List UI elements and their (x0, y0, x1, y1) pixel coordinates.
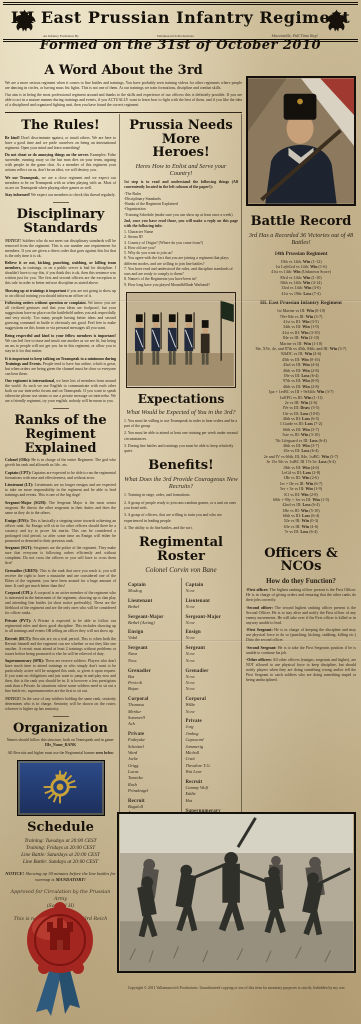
masthead: III East Prussian Infantry Regiment An I… (3, 2, 358, 42)
roster-entry: Noss (128, 658, 177, 664)
middle-column: Prussia Needs More Heroes! Heres How to … (124, 114, 238, 845)
benefit-item: 3. A group of officers, that are willing… (124, 513, 238, 524)
section-ornament (53, 716, 69, 717)
charge-engraving-image (117, 812, 356, 973)
section-ornament (53, 202, 69, 203)
roster-entry: None (186, 686, 235, 692)
about-paragraph: Our aim is in being the most professiona… (5, 93, 242, 108)
prussian-eagle-icon (324, 8, 349, 33)
regimental-flag-image (17, 760, 105, 816)
ranks-title: Ranks of the Regiment Explained (5, 414, 116, 455)
schedule-line: Line Battle: Saturdays at 20:00 CEST (5, 852, 116, 859)
rule-item: We use Teamspeak, we are a close regimen… (5, 176, 116, 191)
expectation-item: 1. You must be willing to use Teamspeak … (124, 419, 238, 430)
rank-item: Sergeant-Major (SGM): The Sergeant Major… (5, 501, 116, 516)
battle-list-iii: 1st Marine vs III: Win (0-10)78e+84e vs … (246, 308, 356, 534)
rank-item: Sergeant (SGT): Sergeants are the police… (5, 546, 116, 566)
disciplinary-notice: NOTICE! Soldiers who do not meet our dis… (5, 239, 116, 259)
battle-entry: 7e vs III: Loss (6-4) (246, 529, 356, 534)
roster-entry: Ach (128, 721, 177, 727)
roster-colonel: Colonel Corvin von Bane (124, 566, 238, 574)
left-column: The Rules! Be kind! Don't discriminate a… (5, 114, 116, 923)
rank-item: Private (PVT): A Private is expected to … (5, 619, 116, 634)
roster-entry: Hat (186, 798, 235, 804)
roster-entry: Prinzknigel (128, 788, 177, 794)
founding-banner: Formed on the 31st of October 2010 (0, 39, 361, 53)
roster-entry: Bojan (128, 686, 177, 692)
disciplinary-item: Believe it or not, kicking, punching, st… (5, 261, 116, 286)
paper-crease (0, 300, 361, 302)
roster-entry: Moskog (128, 588, 177, 594)
about-title: A Word About the 3rd (5, 64, 242, 78)
enlist-question-item: 7. You have read and understood the rule… (124, 267, 238, 278)
officers-title: Officers & (246, 547, 356, 561)
enlist-step2-intro: 2nd, once you have read those, you will … (124, 219, 238, 229)
rank-item: Ensign (ENS): This is basically a steppi… (5, 519, 116, 544)
schedule-line: Training: Fridays at 20:00 CEST (5, 845, 116, 852)
disciplinary-item: Showing up at trainings is important if … (5, 289, 116, 299)
expectations-title: Expectations (124, 393, 238, 406)
rank-item: Lieutenant (LT): Lieutenants are no long… (5, 483, 116, 498)
roster-columns: CaptainMoskogLieutenantBethelSergeant-Ma… (124, 578, 238, 845)
roster-entry: None (186, 604, 235, 610)
enlist-step1-item: -Training Schedule (make sure you can sh… (124, 213, 238, 218)
battle-section-14th: 14th Prussian Regiment (246, 251, 356, 257)
rank-item: Colonel (OBs): He is in charge of the en… (5, 458, 116, 468)
expectation-item: 2. You must be able to attend at least o… (124, 431, 238, 442)
schedule-notice: NOTICE! Showing up 30 minutes before the… (5, 871, 116, 883)
benefits-title: Benefits! (124, 459, 238, 473)
disciplinary-item: It is important to keep talking on Teams… (5, 357, 116, 377)
disciplinary-item: Following orders without question or com… (5, 301, 116, 331)
rule-item: Do not cheat or do annoying things on th… (5, 153, 116, 173)
expectation-item: 3. During line battles and trainings you… (124, 444, 238, 455)
officers-title-2: NCOs (246, 560, 356, 574)
rank-item: Captain (CPT): Captains are expected to … (5, 471, 116, 481)
section-ornament (53, 408, 69, 409)
rank-item: Grenadier (GREN): This is the rank that … (5, 569, 116, 589)
roster-entry: None (186, 709, 235, 715)
rules-title: The Rules! (5, 119, 116, 133)
enlist-step1-intro: 1st step is to read and understand the f… (124, 180, 238, 190)
rule-item: Stay informed! We expect our members to … (5, 193, 116, 198)
about-paragraph: We are a more serious regiment when it c… (5, 81, 242, 91)
roster-column-left: CaptainMoskogLieutenantBethelSergeant-Ma… (124, 578, 181, 845)
schedule-line: Training: Tuesdays at 20:00 CEST (5, 838, 116, 845)
officer-role-item: -First officer: The highest ranking offi… (246, 588, 356, 603)
roster-entry: Bethel (128, 604, 177, 610)
heroes-subtitle: Heres How to Enlist and Serve your Count… (124, 163, 238, 177)
roster-title: Regimental Roster (124, 536, 238, 563)
wax-seal-image (20, 898, 100, 1018)
benefit-item: 4. The ability to do line battles, and t… (124, 526, 238, 531)
column-divider (241, 114, 242, 812)
recruitment-poster: III East Prussian Infantry Regiment An I… (0, 0, 361, 1024)
rank-item: Supernumerary (SPR): These are reserve s… (5, 659, 116, 694)
roster-entry: Wai Leur (186, 769, 235, 775)
roster-column-right: CaptainNoneLieutenantNoneSergeant-MajorN… (181, 578, 239, 845)
enlist-step1-list: -The Rules-Disciplinary Standards-Ranks … (124, 192, 238, 218)
soldier-portrait-image (246, 76, 356, 206)
benefits-list: 1. Training in siege, order, and formati… (124, 493, 238, 531)
heroes-title: Prussia Needs More (124, 119, 238, 146)
regiment-title: III East Prussian Infantry Regiment (3, 8, 358, 27)
roster-entry: Bethel (Acting) (128, 620, 177, 626)
paper-crease (0, 640, 361, 642)
battle-record-subtitle: 3rd Has a Recorded 36 Victories out of 4… (246, 232, 356, 247)
ranks-notice: NOTICE! In the case of any soldiers hold… (5, 697, 116, 712)
horizontal-rule (5, 112, 242, 113)
roster-entry: None (186, 588, 235, 594)
disciplinary-item: Our regiment is international, we have l… (5, 379, 116, 404)
right-column: Battle Record 3rd Has a Recorded 36 Vict… (246, 210, 356, 686)
roster-entry: None (186, 620, 235, 626)
schedule-line: Line Battle: Sundays at 20:00 CEST (5, 859, 116, 866)
expectations-subtitle: What Would be Expected of You in the 3rd… (124, 409, 238, 416)
ranks-list: Colonel (OBs): He is in charge of the en… (5, 458, 116, 694)
rules-list: Be kind! Don't discriminate against, or … (5, 136, 116, 199)
battle-record-title: Battle Record (246, 215, 356, 229)
officer-role-item: -Other officers: All other officers (ens… (246, 658, 356, 683)
column-divider (119, 114, 120, 812)
heroes-title-2: Heroes! (124, 146, 238, 160)
schedule-list: Training: Tuesdays at 20:00 CESTTraining… (5, 838, 116, 866)
benefits-subtitle: What Does the 3rd Provide Courageous New… (124, 476, 238, 490)
expectations-list: 1. You must be willing to use Teamspeak … (124, 419, 238, 455)
enlist-question-item: 6. You agree with the fact that you are … (124, 256, 238, 267)
enlist-step2-list: 1. Character Name2. Steam ID3. Country o… (124, 230, 238, 288)
battle-list-14th: 19th vs 14th: Win (1-12)1st LejbGrd vs 1… (246, 259, 356, 297)
benefit-item: 2. A group of people ready to join onto … (124, 501, 238, 512)
disciplinary-title: Disciplinary Standards (5, 208, 116, 235)
organization-banner-rule: All Recruits and higher must use the Reg… (5, 751, 116, 756)
organization-naming-rule: Names should follow this structure, both… (5, 738, 116, 748)
benefit-item: 1. Training in siege, order, and formati… (124, 493, 238, 498)
schedule-title: Schedule (5, 821, 116, 835)
officer-role-item: -Second officer: The second highest rank… (246, 606, 356, 626)
rule-item: Be kind! Don't discriminate against, or … (5, 136, 116, 151)
copyright-line: Copyright © 2011 Vallamasovich Productio… (117, 986, 356, 990)
roster-entry: None (186, 658, 235, 664)
disciplinary-list: Believe it or not, kicking, punching, st… (5, 261, 116, 404)
officers-list: -First officer: The highest ranking offi… (246, 588, 356, 683)
battle-entry: 41st vs 19th: Loss (7-4) (246, 291, 356, 296)
about-section: A Word About the 3rd We are a more serio… (5, 59, 242, 113)
disciplinary-item: Being respectful and kind to your fellow… (5, 334, 116, 354)
rank-item: Corporal (CPL): A corporal is an active … (5, 591, 116, 616)
officer-role-item: -Second Sergeant: He is to take the Firs… (246, 646, 356, 656)
organization-title: Organization (5, 722, 116, 736)
enlist-question-item: 9. How long have you played Mount&Blade … (124, 283, 238, 288)
line-infantry-painting (126, 292, 236, 388)
officers-subtitle: How do they Function? (246, 577, 356, 585)
